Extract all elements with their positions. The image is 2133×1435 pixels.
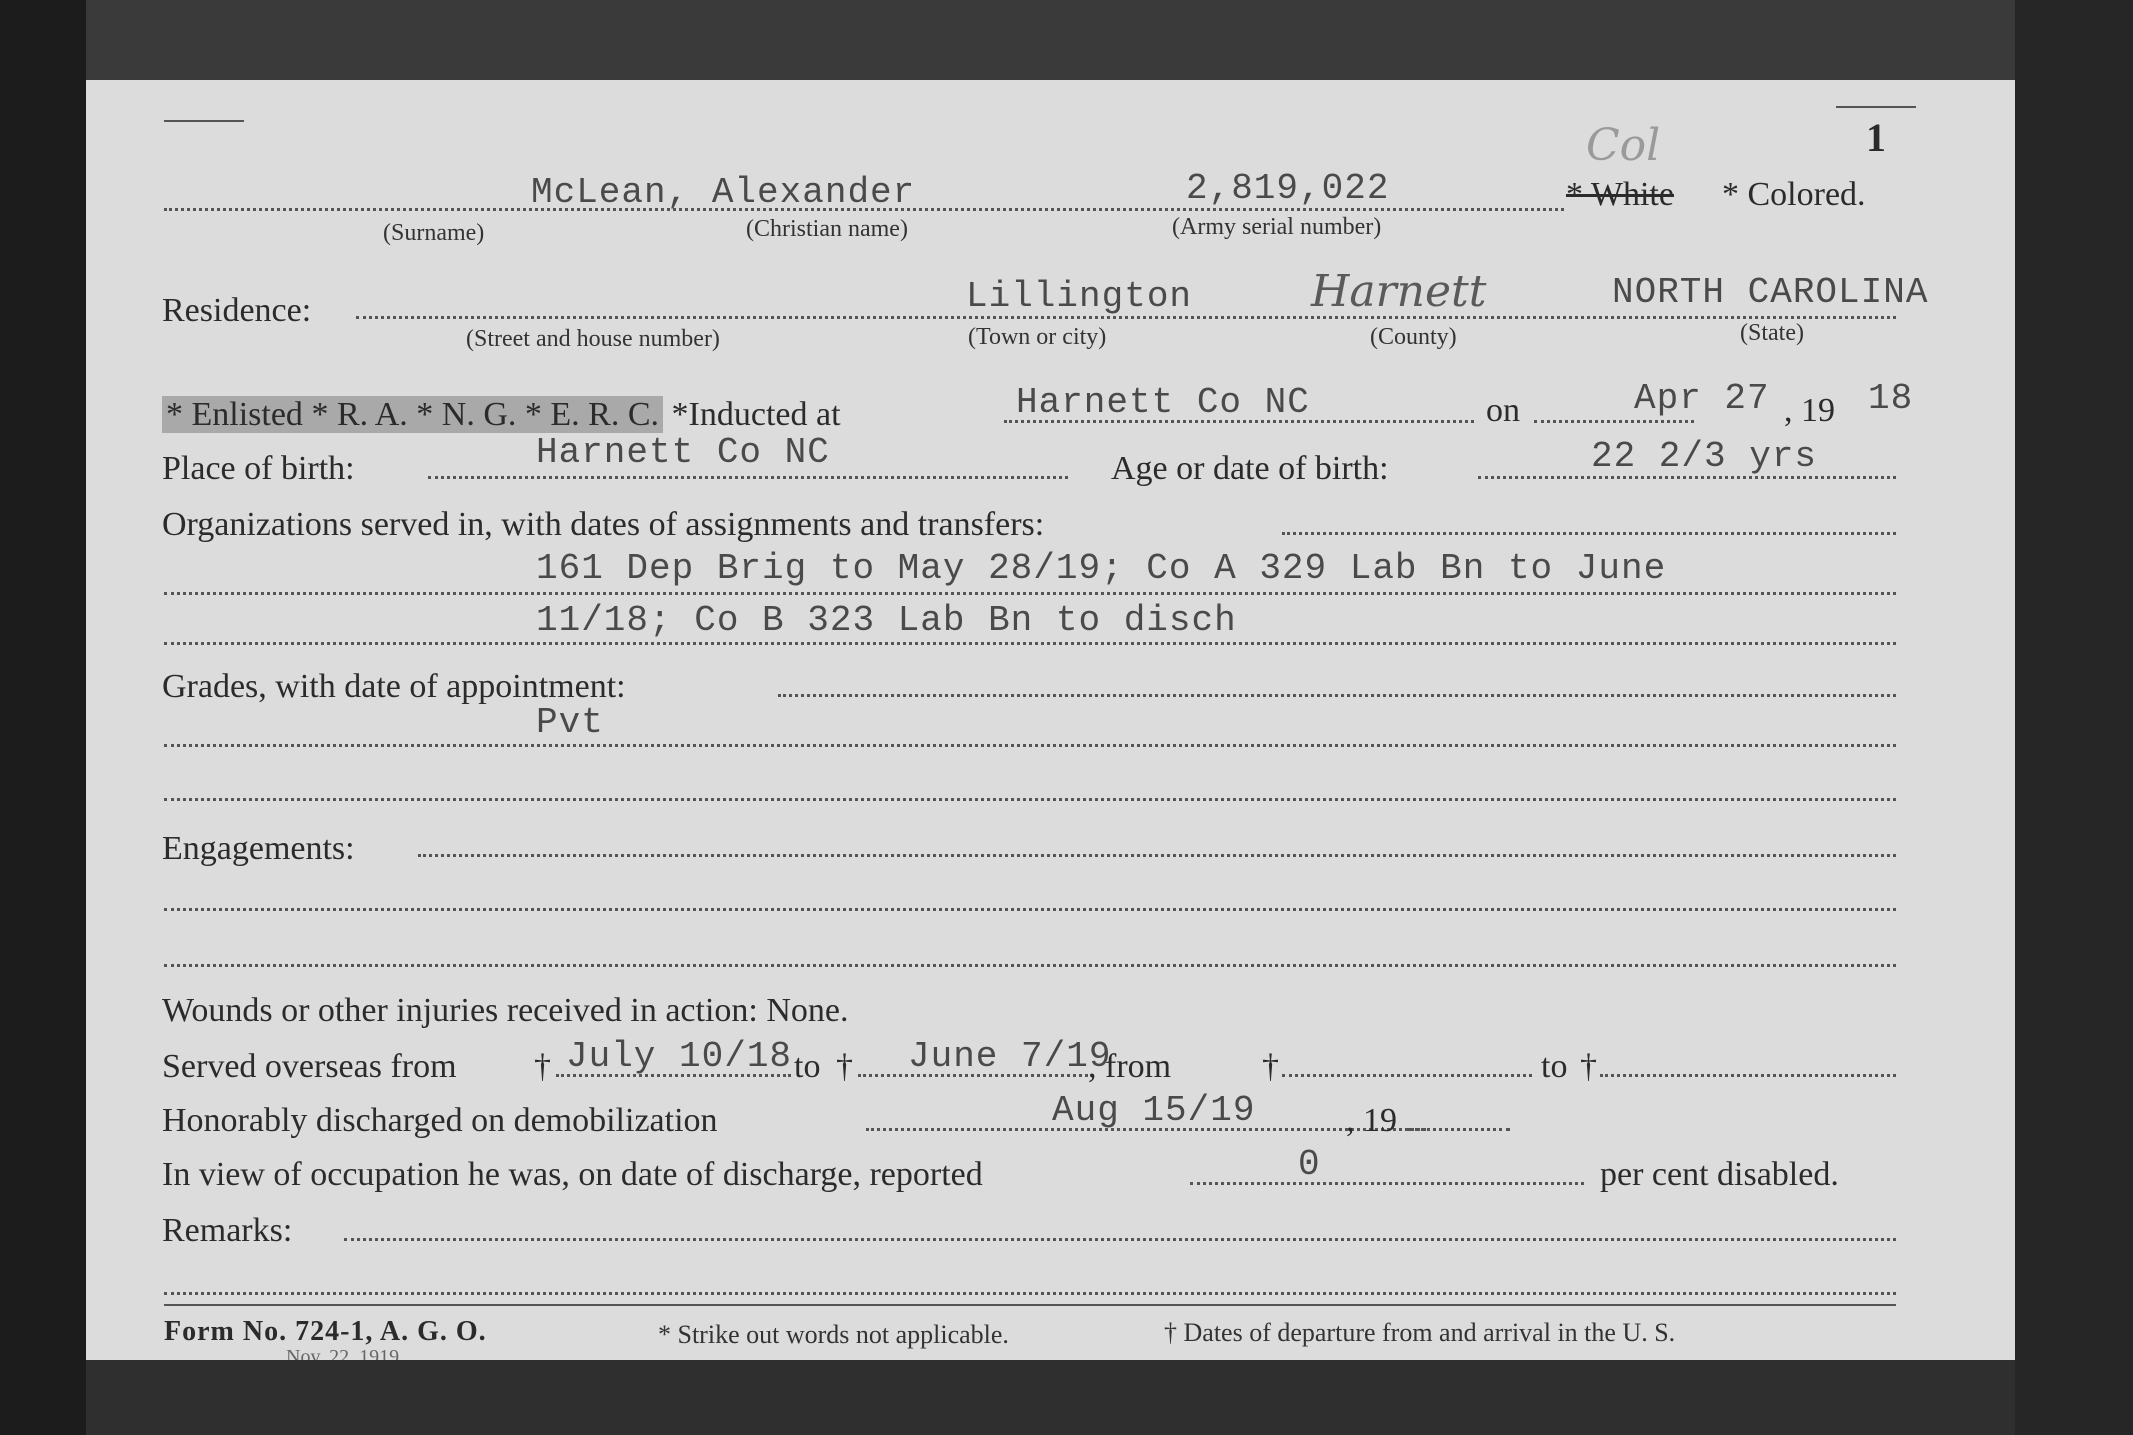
overseas-to-value: June 7/19: [908, 1036, 1111, 1077]
surname-caption: (Surname): [383, 220, 484, 247]
organizations-label: Organizations served in, with dates of a…: [162, 506, 1044, 544]
town-value: Lillington: [966, 276, 1192, 317]
scan-background-right: [2015, 0, 2133, 1435]
serial-number-value: 2,819,022: [1186, 168, 1389, 209]
overseas-to-label: to: [794, 1048, 820, 1086]
overseas-dagger-1: †: [534, 1048, 551, 1086]
christian-name-caption: (Christian name): [746, 216, 908, 243]
overseas-from-value: July 10/18: [566, 1036, 792, 1077]
induction-date: Apr 27: [1634, 378, 1770, 419]
dates-note: † Dates of departure from and arrival in…: [1164, 1318, 1675, 1348]
disability-label: In view of occupation he was, on date of…: [162, 1156, 983, 1194]
town-caption: (Town or city): [968, 324, 1106, 351]
overseas-dagger-3: †: [1262, 1048, 1279, 1086]
induction-year: 18: [1868, 378, 1913, 419]
engagements-line-1: [164, 908, 1896, 911]
disability-suffix: per cent disabled.: [1600, 1156, 1839, 1194]
enlistment-options-struck: * Enlisted * R. A. * N. G. * E. R. C.: [162, 396, 663, 433]
form-date: Nov. 22, 1919: [286, 1346, 399, 1360]
age-label: Age or date of birth:: [1111, 450, 1389, 488]
enlisted-option: * Enlisted: [166, 396, 303, 433]
overseas-dagger-4: †: [1580, 1048, 1597, 1086]
wounds-value: None.: [766, 992, 848, 1029]
scan-background-bottom: [86, 1360, 2015, 1435]
street-caption: (Street and house number): [466, 326, 720, 353]
overseas-dagger-2: †: [836, 1048, 853, 1086]
disability-value: 0: [1298, 1144, 1321, 1185]
age-value: 22 2/3 yrs: [1591, 436, 1817, 477]
wounds-label-text: Wounds or other injuries received in act…: [162, 992, 758, 1029]
place-of-birth-value: Harnett Co NC: [536, 432, 830, 473]
race-white-text: * White: [1566, 176, 1674, 213]
scan-background-top: [86, 0, 2133, 80]
engagements-line-0: [418, 854, 1896, 857]
organizations-value-2: 11/18; Co B 323 Lab Bn to disch: [536, 600, 1237, 641]
remarks-line-0: [344, 1238, 1896, 1241]
grades-line-0: [778, 694, 1896, 697]
top-right-rule: [1836, 106, 1916, 108]
place-of-birth-line: [428, 476, 1068, 479]
remarks-label: Remarks:: [162, 1212, 292, 1250]
county-caption: (County): [1370, 324, 1457, 351]
grades-line-2: [164, 798, 1896, 801]
erc-option: * E. R. C.: [525, 396, 659, 433]
inducted-at-value: Harnett Co NC: [1016, 382, 1310, 423]
grades-value: Pvt: [536, 702, 604, 743]
organizations-value-1: 161 Dep Brig to May 28/19; Co A 329 Lab …: [536, 548, 1666, 589]
year-prefix: , 19: [1784, 392, 1835, 430]
race-white-struck: * White: [1566, 176, 1674, 214]
state-value: NORTH CAROLINA: [1612, 272, 1928, 313]
on-label: on: [1486, 392, 1520, 430]
organizations-line-2: [164, 642, 1896, 645]
remarks-line-1: [164, 1292, 1896, 1295]
county-value: Harnett: [1311, 266, 1486, 317]
discharge-date: Aug 15/19: [1052, 1090, 1255, 1131]
overseas-to-label-2: to: [1541, 1048, 1567, 1086]
grades-label: Grades, with date of appointment:: [162, 668, 626, 706]
overseas-from-label-2: , from: [1088, 1048, 1171, 1086]
engagements-line-2: [164, 964, 1896, 967]
overseas-to-line-2: [1600, 1074, 1896, 1077]
race-colored: * Colored.: [1722, 176, 1866, 214]
overseas-from-line-2: [1282, 1074, 1532, 1077]
service-record-card: 1 McLean, Alexander (Surname) (Christian…: [86, 80, 2015, 1360]
footer-divider: [164, 1304, 1896, 1306]
date-line: [1534, 420, 1694, 423]
organizations-line-1: [164, 592, 1896, 595]
overseas-label: Served overseas from: [162, 1048, 457, 1086]
disability-line: [1190, 1182, 1584, 1185]
top-left-rule: [164, 120, 244, 122]
page-number: 1: [1866, 114, 1886, 161]
discharge-year-line: [1408, 1128, 1510, 1131]
wounds-label: Wounds or other injuries received in act…: [162, 992, 849, 1030]
inducted-label: *Inducted at: [672, 396, 841, 433]
grades-line-1: [164, 744, 1896, 747]
name-value: McLean, Alexander: [531, 172, 915, 213]
form-number: Form No. 724-1, A. G. O.: [164, 1316, 487, 1348]
enlistment-options: * Enlisted * R. A. * N. G. * E. R. C. *I…: [162, 396, 841, 434]
engagements-label: Engagements:: [162, 830, 355, 868]
scan-background-left: [0, 0, 86, 1435]
discharge-year-suffix: , 19: [1346, 1102, 1397, 1140]
residence-label: Residence:: [162, 292, 311, 330]
handwritten-race-mark: Col: [1586, 120, 1660, 171]
ng-option: * N. G.: [416, 396, 516, 433]
place-of-birth-label: Place of birth:: [162, 450, 355, 488]
discharge-label: Honorably discharged on demobilization: [162, 1102, 718, 1140]
organizations-line-0: [1282, 532, 1896, 535]
serial-number-caption: (Army serial number): [1172, 214, 1381, 241]
ra-option: * R. A.: [311, 396, 407, 433]
strike-out-note: * Strike out words not applicable.: [658, 1320, 1009, 1350]
state-caption: (State): [1740, 320, 1804, 347]
